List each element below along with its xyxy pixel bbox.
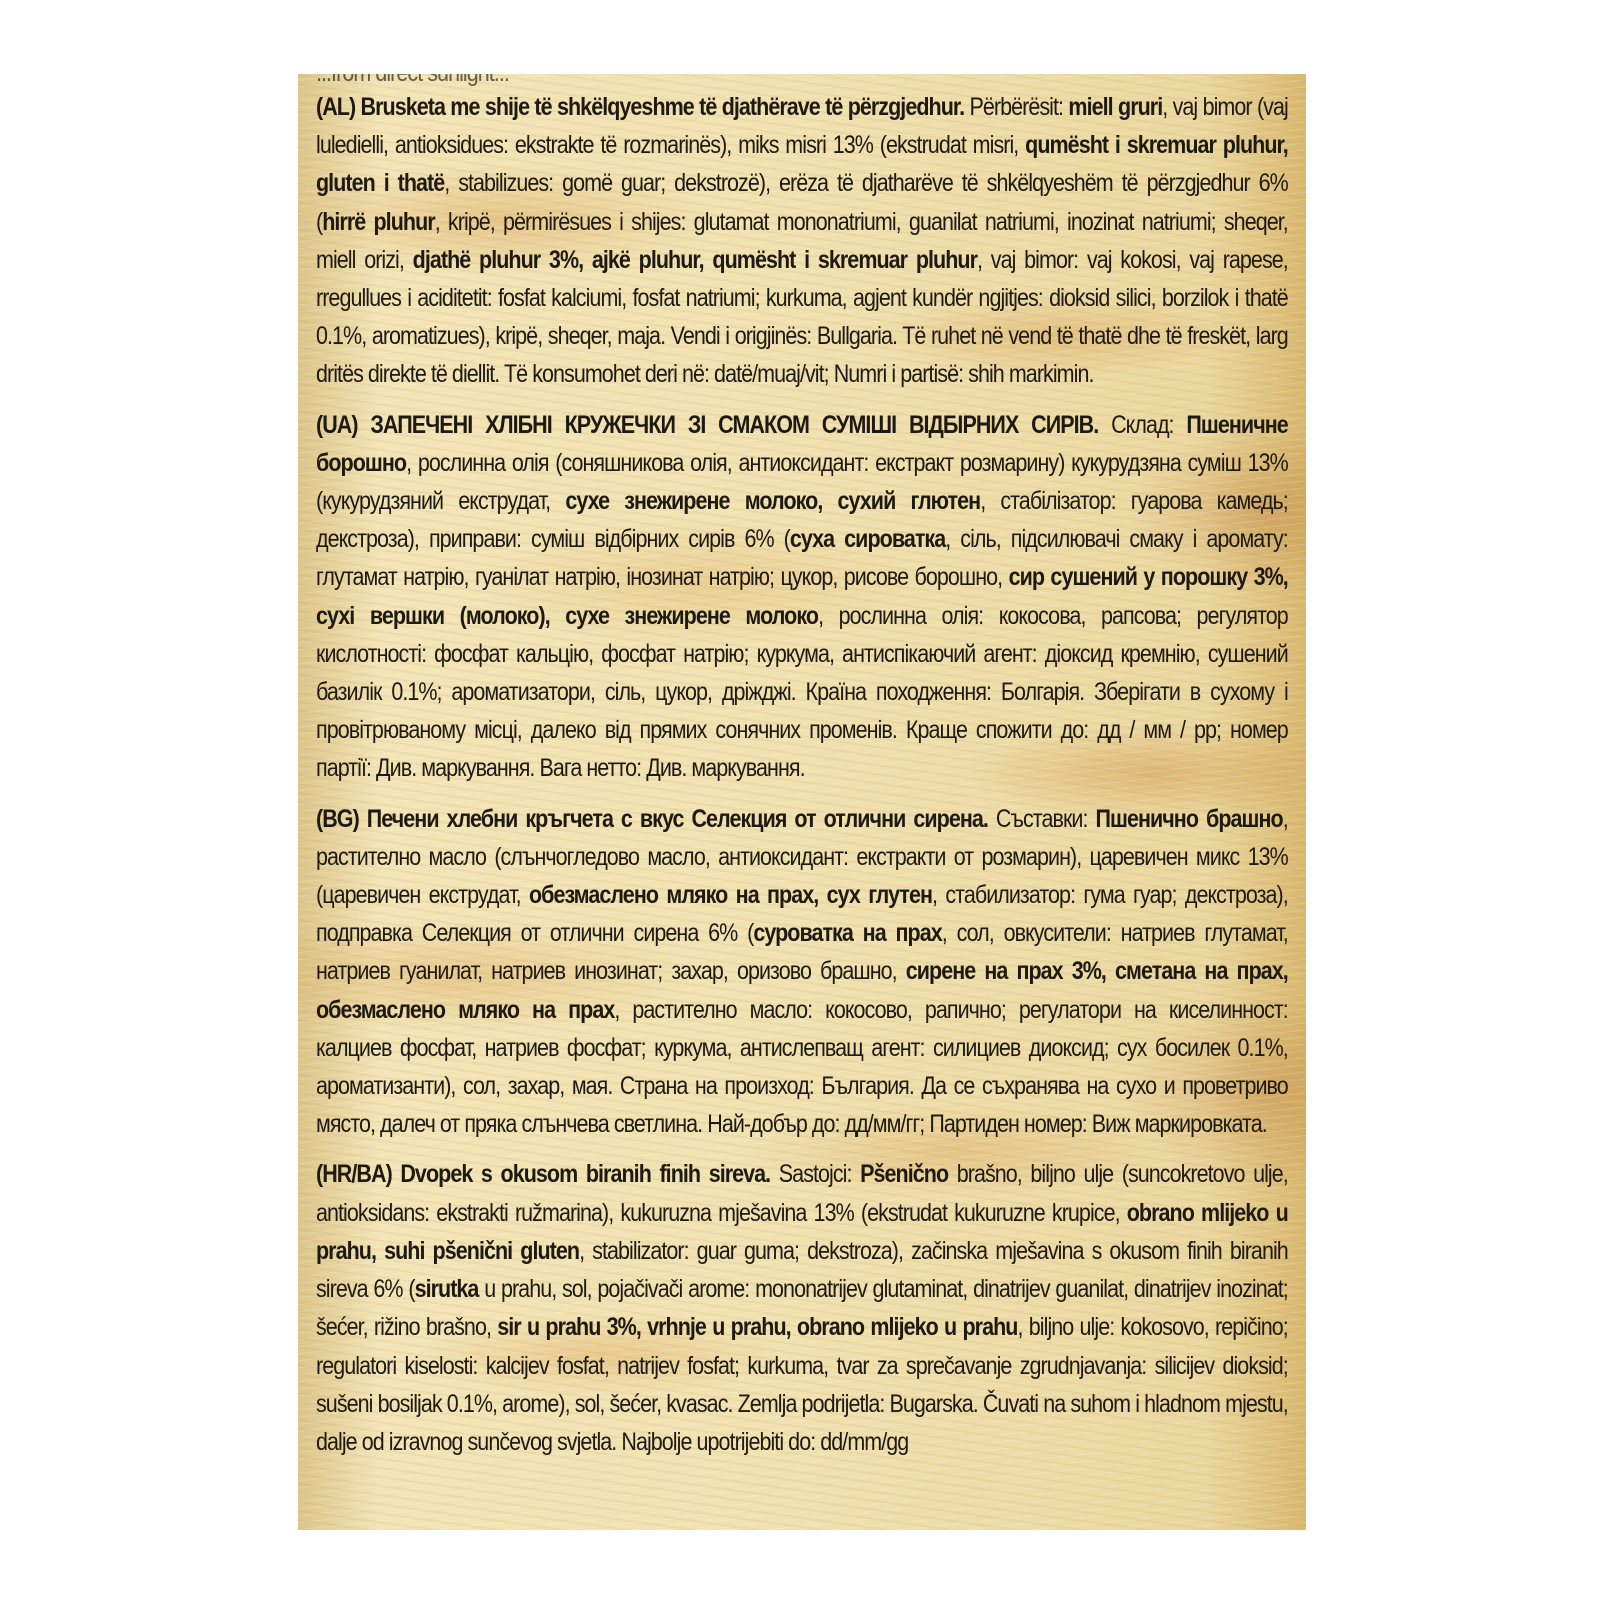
ingredient-text: Përbërësit:: [964, 93, 1068, 121]
section-bg: (BG) Печени хлебни кръгчета с вкус Селек…: [316, 800, 1288, 1144]
bold-ingredient-text: обезмаслено мляко на прах, сух глутен: [529, 881, 932, 909]
section-ua: (UA) ЗАПЕЧЕНІ ХЛІБНІ КРУЖЕЧКИ ЗІ СМАКОМ …: [316, 406, 1288, 788]
bold-ingredient-text: сухе знежирене молоко, сухий глютен: [565, 487, 980, 515]
bold-ingredient-text: miell gruri: [1068, 93, 1162, 121]
bold-ingredient-text: hirrë pluhur: [322, 208, 434, 236]
bold-ingredient-text: sir u prahu 3%, vrhnje u prahu, obrano m…: [497, 1313, 1017, 1341]
ingredients-text-block: ...from direct sunlight... (AL) Brusketa…: [316, 74, 1288, 1473]
packaging-label: ...from direct sunlight... (AL) Brusketa…: [298, 74, 1306, 1530]
bold-ingredient-text: Пшенично брашно: [1095, 805, 1282, 833]
ingredient-text: Sastojci:: [770, 1160, 860, 1188]
bold-ingredient-text: sirutka: [415, 1275, 479, 1303]
bold-ingredient-text: djathë pluhur 3%, ajkë pluhur, qumësht i…: [413, 246, 977, 274]
bold-ingredient-text: (BG) Печени хлебни кръгчета с вкус Селек…: [316, 805, 988, 833]
bold-ingredient-text: (AL) Brusketa me shije të shkëlqyeshme t…: [316, 93, 964, 121]
section-hr-ba: (HR/BA) Dvopek s okusom biranih finih si…: [316, 1155, 1288, 1461]
section-al: (AL) Brusketa me shije të shkëlqyeshme t…: [316, 88, 1288, 394]
bold-ingredient-text: (UA) ЗАПЕЧЕНІ ХЛІБНІ КРУЖЕЧКИ ЗІ СМАКОМ …: [316, 411, 1098, 439]
ingredient-text: Съставки:: [988, 805, 1096, 833]
top-cut-line: ...from direct sunlight...: [316, 74, 1288, 88]
bold-ingredient-text: Pšenično: [860, 1160, 948, 1188]
bold-ingredient-text: (HR/BA) Dvopek s okusom biranih finih si…: [316, 1160, 770, 1188]
ingredient-text: Склад:: [1098, 411, 1186, 439]
bold-ingredient-text: суха сироватка: [790, 525, 945, 553]
bold-ingredient-text: суроватка на прах: [753, 919, 941, 947]
